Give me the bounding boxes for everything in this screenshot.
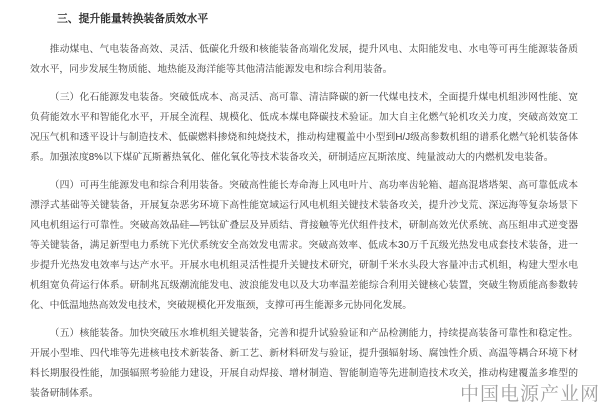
paragraph-intro: 推动煤电、气电装备高效、灵活、低碳化升级和核能装备高端化发展，提升风电、太阳能发… [30, 40, 578, 80]
document-page: { "article": { "heading": "三、提升能量转换装备质效水… [0, 0, 607, 408]
paragraph-fossil-energy-equipment: （三）化石能源发电装备。突破低成本、高灵活、高可靠、清洁降碳的新一代煤电技术，全… [30, 88, 578, 168]
section-heading: 三、提升能量转换装备质效水平 [30, 12, 578, 27]
site-watermark: 中国电源产业网 [460, 379, 600, 406]
paragraph-renewable-energy-equipment: （四）可再生能源发电和综合利用装备。突破高性能长寿命海上风电叶片、高功率齿轮箱、… [30, 176, 578, 316]
article-body: 三、提升能量转换装备质效水平 推动煤电、气电装备高效、灵活、低碳化升级和核能装备… [30, 0, 578, 404]
